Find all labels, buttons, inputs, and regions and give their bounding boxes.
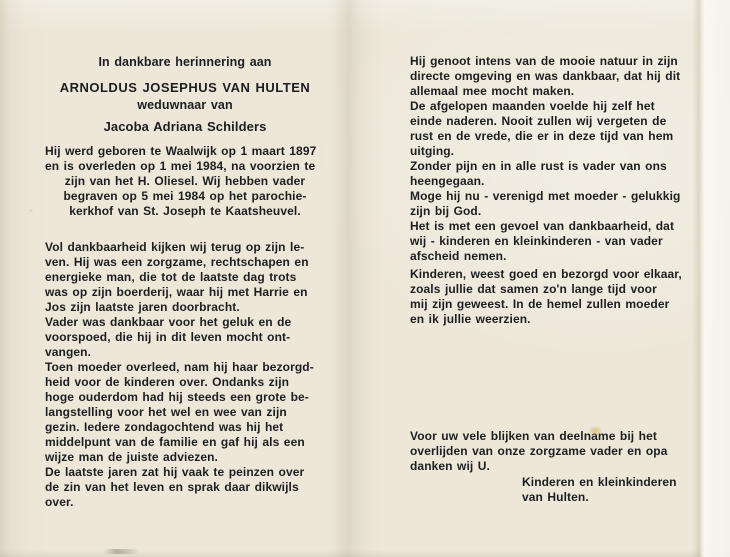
- signature: Kinderen en kleinkinderenvan Hulten.: [410, 475, 682, 505]
- text-line: de zin van het leven en sprak daar dikwi…: [45, 480, 325, 495]
- text-line: Toen moeder overleed, nam hij haar bezor…: [45, 360, 325, 375]
- text-line: Kinderen, weest goed en bezorgd voor elk…: [410, 267, 682, 282]
- left-page: In dankbare herinnering aan ARNOLDUS JOS…: [45, 55, 325, 510]
- text-line: Hij werd geboren te Waalwijk op 1 maart …: [45, 144, 325, 159]
- text-line: afscheid nemen.: [410, 249, 682, 264]
- text-line: einde naderen. Nooit zullen wij vergeten…: [410, 114, 682, 129]
- text-line: heengegaan.: [410, 174, 682, 189]
- birth-death-paragraph: Hij werd geboren te Waalwijk op 1 maart …: [45, 144, 325, 174]
- text-line: kerkhof van St. Joseph te Kaatsheuvel.: [45, 204, 325, 219]
- text-line: was op zijn boerderij, waar hij met Harr…: [45, 285, 325, 300]
- text-line: hoge ouderdom had hij steeds een grote b…: [45, 390, 325, 405]
- text-line: zijn bij God.: [410, 204, 682, 219]
- text-line: Voor uw vele blijken van deelname bij he…: [410, 429, 682, 444]
- dedication-line: In dankbare herinnering aan: [45, 55, 325, 70]
- reflection-paragraph: De laatste jaren zat hij vaak te peinzen…: [45, 465, 325, 510]
- text-line: danken wij U.: [410, 459, 682, 474]
- text-line: wijze man de juiste adviezen.: [45, 450, 325, 465]
- text-line: middelpunt van de familie en gaf hij als…: [45, 435, 325, 450]
- paper-speck: [28, 208, 34, 213]
- relation-line: weduwnaar van: [45, 98, 325, 113]
- text-line: Hij genoot intens van de mooie natuur in…: [410, 54, 682, 69]
- text-line: energieke man, die tot de laatste dag tr…: [45, 270, 325, 285]
- text-line: directe omgeving en was dankbaar, dat hi…: [410, 69, 682, 84]
- text-line: De laatste jaren zat hij vaak te peinzen…: [45, 465, 325, 480]
- bottom-edge-smudge: [104, 549, 140, 554]
- text-line: mij zijn geweest. In de hemel zullen moe…: [410, 297, 682, 312]
- text-line: Jos zijn laatste jaren doorbracht.: [45, 300, 325, 315]
- text-line: rust en de vrede, die er in deze tijd va…: [410, 129, 682, 144]
- text-line: Moge hij nu - verenigd met moeder - gelu…: [410, 189, 682, 204]
- nature-paragraph: Hij genoot intens van de mooie natuur in…: [410, 54, 682, 99]
- text-line: Het is met een gevoel van dankbaarheid, …: [410, 219, 682, 234]
- text-line: Zonder pijn en in alle rust is vader van…: [410, 159, 682, 174]
- caretaker-paragraph: Toen moeder overleed, nam hij haar bezor…: [45, 360, 325, 465]
- text-line: zijn van het H. Oliesel. Wij hebben vade…: [45, 174, 325, 189]
- text-line: van Hulten.: [522, 490, 682, 505]
- text-line: langstelling voor het wel en wee van zij…: [45, 405, 325, 420]
- text-line: Vol dankbaarheid kijken wij terug op zij…: [45, 240, 325, 255]
- text-line: ven. Hij was een zorgzame, rechtschapen …: [45, 255, 325, 270]
- text-line: heid voor de kinderen over. Ondanks zijn: [45, 375, 325, 390]
- text-line: allemaal mee mocht maken.: [410, 84, 682, 99]
- deceased-name: ARNOLDUS JOSEPHUS VAN HULTEN: [45, 80, 325, 95]
- reunion-paragraph: Moge hij nu - verenigd met moeder - gelu…: [410, 189, 682, 219]
- text-line: overlijden van onze zorgzame vader en op…: [410, 444, 682, 459]
- text-line: vangen.: [45, 345, 325, 360]
- farewell-paragraph: Het is met een gevoel van dankbaarheid, …: [410, 219, 682, 264]
- text-line: De afgelopen maanden voelde hij zelf het: [410, 99, 682, 114]
- text-line: over.: [45, 495, 325, 510]
- final-months-paragraph: De afgelopen maanden voelde hij zelf het…: [410, 99, 682, 159]
- text-line: en ik jullie weerzien.: [410, 312, 682, 327]
- text-line: gezin. Iedere zondagochtend was hij het: [45, 420, 325, 435]
- text-line: wij - kinderen en kleinkinderen - van va…: [410, 234, 682, 249]
- text-line: Kinderen en kleinkinderen: [522, 475, 682, 490]
- text-line: en is overleden op 1 mei 1984, na voorzi…: [45, 159, 325, 174]
- burial-paragraph: zijn van het H. Oliesel. Wij hebben vade…: [45, 174, 325, 219]
- memorial-card: In dankbare herinnering aan ARNOLDUS JOS…: [0, 0, 730, 557]
- spouse-name: Jacoba Adriana Schilders: [45, 119, 325, 134]
- text-line: uitging.: [410, 144, 682, 159]
- life-paragraph: Vol dankbaarheid kijken wij terug op zij…: [45, 240, 325, 315]
- text-line: voorspoed, die hij in dit leven mocht on…: [45, 330, 325, 345]
- gratitude-paragraph: Vader was dankbaar voor het geluk en dev…: [45, 315, 325, 360]
- acknowledgement-paragraph: Voor uw vele blijken van deelname bij he…: [410, 429, 682, 474]
- fold-crease: [334, 0, 368, 557]
- text-line: zoals jullie dat samen zo'n lange tijd v…: [410, 282, 682, 297]
- peaceful-death-paragraph: Zonder pijn en in alle rust is vader van…: [410, 159, 682, 189]
- children-message-paragraph: Kinderen, weest goed en bezorgd voor elk…: [410, 267, 682, 327]
- text-line: Vader was dankbaar voor het geluk en de: [45, 315, 325, 330]
- paper-stain: [586, 424, 605, 438]
- text-line: begraven op 5 mei 1984 op het parochie-: [45, 189, 325, 204]
- right-page: Hij genoot intens van de mooie natuur in…: [410, 54, 682, 505]
